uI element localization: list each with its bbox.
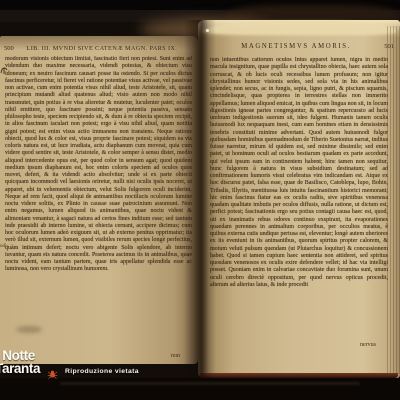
left-page-body: modorum visionis obiectum limitat, fasci… (5, 56, 192, 351)
left-page-number: 500 (4, 45, 14, 52)
page-stack-edge (387, 26, 400, 374)
right-page-header: MAGNETISMVS AMORIS. 501 (208, 43, 394, 50)
right-page: MAGNETISMVS AMORIS. 501 non intuentibus … (198, 20, 400, 378)
reproduction-notice: Riproduzione vietata (65, 368, 139, 375)
gutter-shadow (184, 20, 216, 378)
left-page-header: 500 LIB. III. MVNDI SIVE CATENÆ MAGN. PA… (4, 45, 190, 52)
right-page-body: non intuentibus cattorum oculos Intus ap… (210, 57, 388, 340)
stain (16, 326, 42, 333)
festival-logo: La Notte della Taranta (0, 350, 40, 375)
left-running-title: LIB. III. MVNDI SIVE CATENÆ MAGN. PARS I… (14, 45, 190, 52)
page-top-edge (202, 21, 396, 35)
spider-icon (47, 369, 58, 380)
left-margin-note: odi- (0, 244, 8, 249)
ink-mark-icon (0, 66, 8, 75)
logo-line2: della Taranta (0, 363, 40, 376)
watermark: La Notte della Taranta Riproduzione viet… (0, 350, 220, 384)
right-catchword: nervus (360, 342, 376, 348)
left-page: 500 LIB. III. MVNDI SIVE CATENÆ MAGN. PA… (0, 36, 198, 364)
paper-speck (206, 29, 209, 32)
right-running-title: MAGNETISMVS AMORIS. (208, 43, 384, 50)
book-scan: 500 LIB. III. MVNDI SIVE CATENÆ MAGN. PA… (0, 0, 400, 400)
